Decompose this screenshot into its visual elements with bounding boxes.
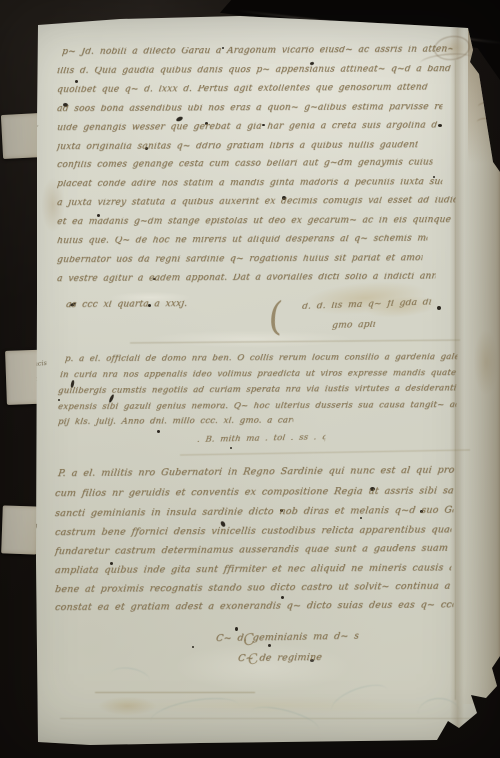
ink-blot bbox=[281, 596, 284, 599]
show-through-mark bbox=[418, 698, 460, 729]
manuscript-line: gmo apli bbox=[331, 320, 412, 331]
ink-blot bbox=[75, 80, 78, 83]
manuscript-line: ampliata quibus inde gita sunt ffirmiter… bbox=[54, 563, 452, 575]
manuscript-line: guilibergis cumstis negotiis ad curiam s… bbox=[57, 384, 457, 395]
manuscript-line: p. a el. officiali de domo nra ben. O co… bbox=[64, 353, 457, 364]
manuscript-line: sancti geminianis in insula sardinie dic… bbox=[54, 506, 454, 519]
manuscript-page: p~ Jd. nobili a dilecto Garau a Aragonum… bbox=[0, 0, 500, 758]
crease-line bbox=[95, 692, 255, 693]
manuscript-line: bene at proximis recognatis stando suo d… bbox=[54, 582, 454, 595]
manuscript-line: expensis sibi gazuli genius nemora. Q~ h… bbox=[57, 401, 456, 412]
manuscript-line: fundaretur castrum determinamus ausseran… bbox=[54, 544, 452, 557]
ink-blot bbox=[235, 627, 238, 631]
manuscript-line: confilis comes genange cesta cum casso b… bbox=[56, 158, 433, 170]
manuscript-line: p~ Jd. nobili a dilecto Garau a Aragonum… bbox=[61, 45, 453, 57]
stain bbox=[120, 328, 380, 350]
index-tab bbox=[1, 113, 43, 159]
stain bbox=[470, 320, 500, 405]
manuscript-line: as ccc xl quarta a xxxj. bbox=[65, 300, 224, 310]
manuscript-line: cum filios nr geruidis et conventis ex c… bbox=[54, 486, 454, 498]
ink-blot bbox=[157, 430, 160, 433]
ink-blot bbox=[58, 399, 60, 401]
manuscript-line: quolibet que q~ d. lxxx d. Pertus agit e… bbox=[56, 83, 428, 95]
manuscript-line: juxta originalia sanitas q~ ddrio gratia… bbox=[56, 141, 417, 152]
manuscript-line: gubernator uos da regni sardinie q~ roga… bbox=[56, 254, 422, 265]
manuscript-line: a juxta vizrey statuta a quibus auxerint… bbox=[56, 196, 456, 208]
manuscript-line: ad soos bona assendibus ubi nos eras a q… bbox=[56, 103, 442, 114]
show-through-mark bbox=[477, 117, 492, 125]
ink-blot bbox=[438, 124, 442, 127]
crease-line bbox=[180, 449, 470, 455]
manuscript-line: huius que. Q~ de hoc ne mireris ut aliqu… bbox=[56, 234, 428, 246]
show-through-mark bbox=[109, 665, 152, 691]
manuscript-line: C~ d. geminianis ma d~ sl bbox=[215, 632, 358, 644]
manuscript-line: pij kls. julij. Anno dni. millo ccc. xl.… bbox=[57, 416, 293, 426]
ink-blot bbox=[175, 116, 183, 123]
index-tab bbox=[1, 505, 39, 554]
manuscript-line: P. a el. militis nro Gubernatori in Regn… bbox=[57, 466, 457, 479]
crease-line bbox=[455, 60, 456, 700]
ink-blot bbox=[110, 562, 113, 565]
manuscript-line: constat ea et gratiam adest a exonerandi… bbox=[54, 600, 454, 612]
manuscript-line: uide genangis wesser que gerebat a gia h… bbox=[56, 121, 438, 133]
manuscript-photo: p~ Jd. nobili a dilecto Garau a Aragonum… bbox=[0, 0, 500, 758]
show-through-mark bbox=[478, 101, 495, 110]
manuscript-line: . B. mith ma . tol . ss . q chp bbox=[196, 433, 325, 444]
ink-blot bbox=[360, 517, 362, 519]
manuscript-line: illis d. Quia gaudia quibus danis quos p… bbox=[56, 65, 451, 76]
manuscript-line: in curia nra nos appenalis ideo volimus … bbox=[59, 369, 456, 380]
ink-blot bbox=[97, 214, 100, 217]
manuscript-line: castrum bene ffornici densis vinicellis … bbox=[54, 525, 452, 537]
manuscript-line: et ea madanis g~dm stange epistolas ut d… bbox=[56, 216, 453, 227]
ink-blot bbox=[230, 447, 232, 449]
stain bbox=[150, 636, 375, 698]
manuscript-line: placeat conde adire nos statim a mandis … bbox=[56, 178, 442, 189]
